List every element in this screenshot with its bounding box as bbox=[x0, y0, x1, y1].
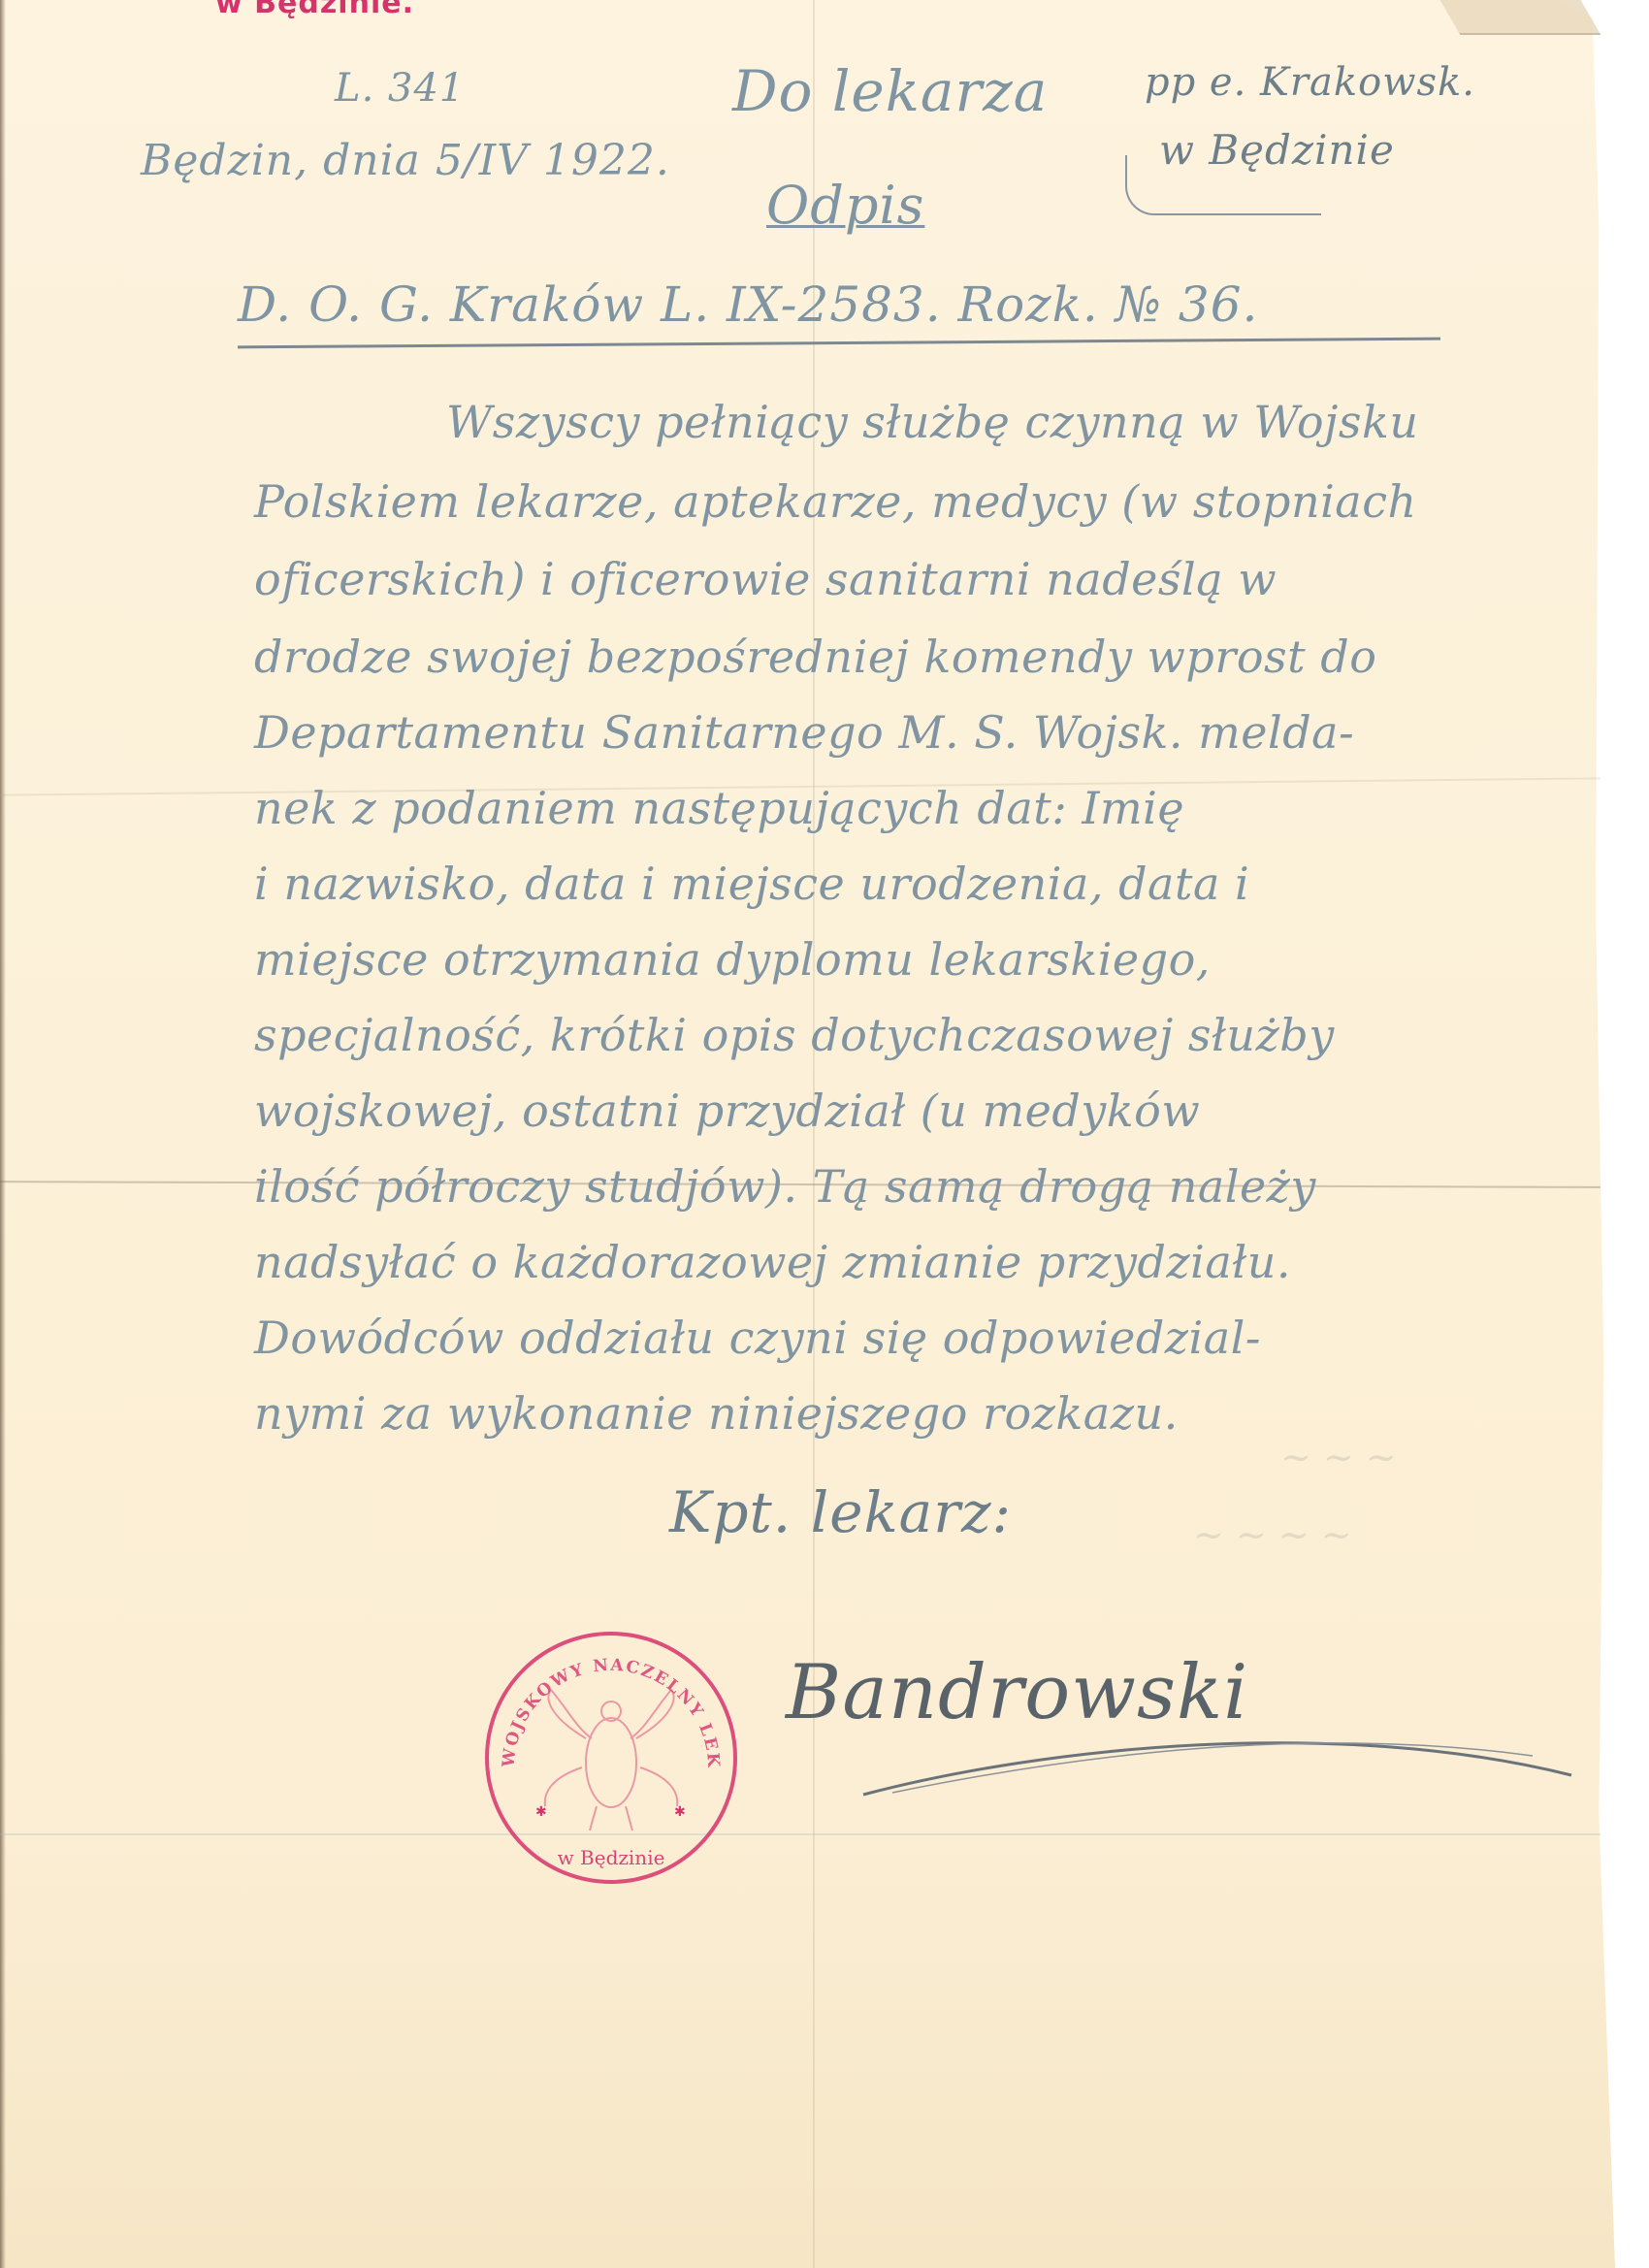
document-title: Odpis bbox=[766, 175, 924, 236]
recipient-bracket bbox=[1125, 155, 1321, 215]
reference-number: L. 341 bbox=[335, 66, 465, 111]
body-line: specjalność, krótki opis dotychczasowej … bbox=[254, 1009, 1335, 1061]
header-stamp-fragment: w Będzinie. bbox=[215, 0, 414, 20]
body-line: nymi za wykonanie niniejszego rozkazu. bbox=[254, 1387, 1179, 1440]
body-line: Wszyscy pełniący służbę czynną w Wojsku bbox=[446, 396, 1418, 448]
signature-flourish bbox=[854, 1717, 1591, 1804]
bleed-through-text: ~ ~ ~ bbox=[1280, 1436, 1397, 1478]
body-line: Dowódców oddziału czyni się odpowiedzial… bbox=[254, 1312, 1261, 1364]
body-line: ilość półroczy studjów). Tą samą drogą n… bbox=[254, 1160, 1316, 1213]
place-date: Będzin, dnia 5/IV 1922. bbox=[141, 136, 670, 185]
horizontal-fold-line bbox=[0, 1833, 1600, 1835]
body-line: oficerskich) i oficerowie sanitarni nade… bbox=[254, 553, 1277, 605]
recipient-line-1: pp e. Krakowsk. bbox=[1145, 60, 1475, 105]
addressee: Do lekarza bbox=[732, 58, 1048, 124]
body-line: wojskowej, ostatni przydział (u medyków bbox=[254, 1085, 1200, 1137]
stamp-star-icon: ✱ bbox=[674, 1804, 686, 1820]
eagle-emblem-icon bbox=[545, 1690, 677, 1831]
body-line: Polskiem lekarze, aptekarze, medycy (w s… bbox=[254, 475, 1417, 528]
body-line: miejsce otrzymania dyplomu lekarskiego, bbox=[254, 933, 1211, 986]
folded-corner bbox=[1440, 0, 1601, 35]
stamp-outer-text: WOJSKOWY NACZELNY LEKARZ OKRĘGOWY bbox=[475, 1622, 723, 1769]
reference-line: D. O. G. Kraków L. IX-2583. Rozk. № 36. bbox=[238, 276, 1258, 333]
stamp-star-icon: ✱ bbox=[535, 1804, 547, 1820]
body-line: drodze swojej bezpośredniej komendy wpro… bbox=[254, 631, 1376, 683]
body-line: nek z podaniem następujących dat: Imię bbox=[254, 782, 1184, 834]
stamp-bottom-text: w Będzinie bbox=[558, 1846, 665, 1869]
official-round-stamp: WOJSKOWY NACZELNY LEKARZ OKRĘGOWY w Będz… bbox=[475, 1622, 747, 1894]
body-line: Departamentu Sanitarnego M. S. Wojsk. me… bbox=[254, 706, 1354, 759]
body-line: i nazwisko, data i miejsce urodzenia, da… bbox=[254, 858, 1249, 910]
svg-text:WOJSKOWY NACZELNY LEKARZ OKRĘG: WOJSKOWY NACZELNY LEKARZ OKRĘGOWY bbox=[475, 1622, 723, 1769]
bleed-through-text: ~ ~ ~ ~ bbox=[1193, 1513, 1352, 1556]
closing-title: Kpt. lekarz: bbox=[669, 1479, 1012, 1545]
body-line: nadsyłać o każdorazowej zmianie przydzia… bbox=[254, 1236, 1291, 1288]
